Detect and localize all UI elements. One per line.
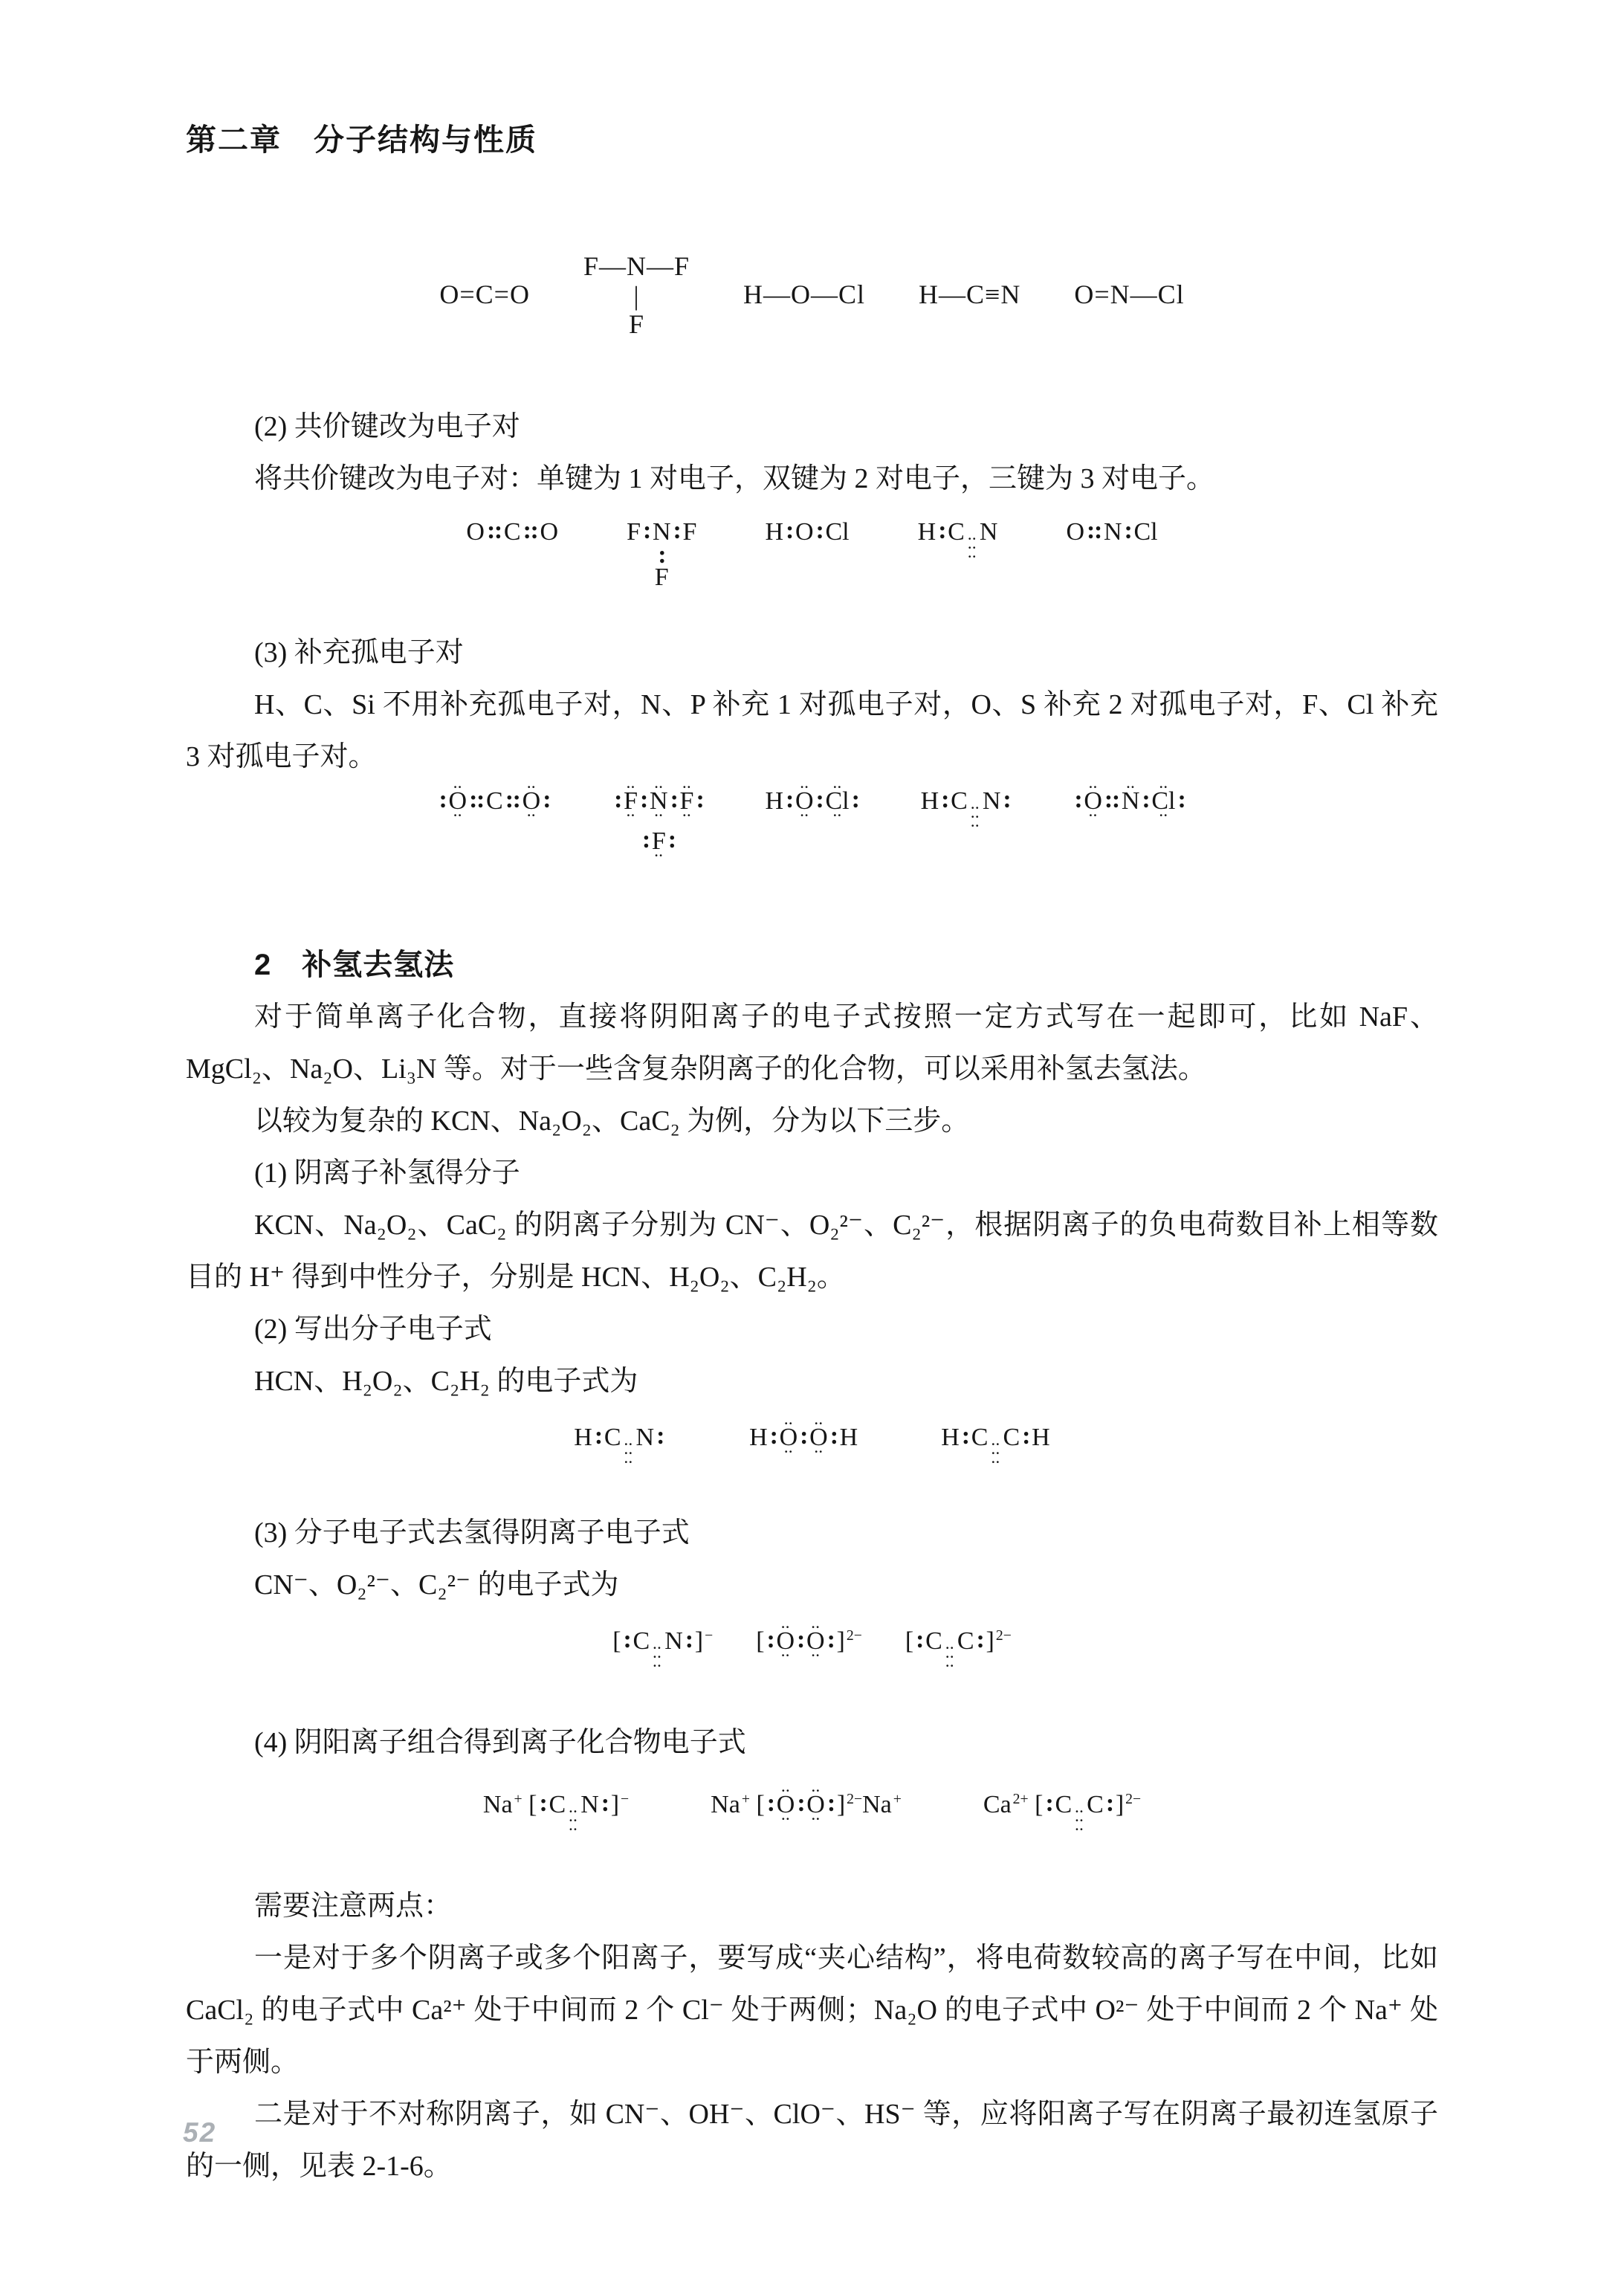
atom-glyph: : xyxy=(673,517,681,544)
bond-dots: : xyxy=(1125,517,1132,545)
anion-formula-c22: [:C······C:]2− xyxy=(905,1627,1012,1670)
atom-symbol: C xyxy=(957,1627,974,1656)
atom-symbol: — xyxy=(1130,279,1158,310)
bond-dots: : xyxy=(827,1626,835,1654)
page-content: 第二章 分子结构与性质 O=C=O F—N—F|F H—O—Cl H—C≡N O… xyxy=(186,0,1438,2192)
atom-glyph: : xyxy=(962,1422,969,1450)
triple-bond-dots: ······ xyxy=(624,1440,633,1467)
formula-stack: Na+ [:C······N:]− xyxy=(483,1791,629,1834)
formula-stack: [:O····:O····:]2− xyxy=(756,1627,862,1656)
atom-glyph: O xyxy=(791,280,811,309)
lone-pair-dots-top: ·· xyxy=(784,1417,793,1430)
atom-symbol: Na xyxy=(711,1791,740,1819)
lone-pair-dots-top: ·· xyxy=(781,1621,790,1633)
heading-step-3-remove-h: (3) 分子电子式去氢得阴离子电子式 xyxy=(186,1507,1438,1559)
molecular-formula-row: H:C······N: H:O····:O····:H H:C······C:H xyxy=(186,1424,1438,1477)
bond-dots: :: xyxy=(1104,786,1119,814)
ionic-compound-formula-row: Na+ [:C······N:]− Na+ [:O····:O····:]2−N… xyxy=(186,1791,1438,1844)
atom-glyph: ] xyxy=(986,1627,994,1655)
bond-dots: :: xyxy=(1087,517,1101,545)
bond-dots: : xyxy=(1178,786,1185,814)
atom-symbol: H xyxy=(765,787,783,816)
atom-glyph xyxy=(750,1791,757,1818)
atom-symbol: [ xyxy=(905,1627,913,1656)
formula-stack: Ca2+ [:C······C:]2− xyxy=(983,1791,1141,1834)
atom-glyph: O xyxy=(466,518,485,546)
atom-glyph: : xyxy=(830,1422,838,1450)
atom-glyph: | xyxy=(633,281,639,311)
lone-pair-dots-top: ·· xyxy=(1159,781,1168,793)
atom-glyph: : xyxy=(670,786,678,813)
atom-glyph: ] xyxy=(837,1791,845,1818)
atom-symbol: C xyxy=(604,1424,621,1452)
formula-main-row: [:C······C:]2− xyxy=(905,1627,1012,1670)
atom-symbol: O xyxy=(510,279,530,310)
atom-symbol: ] xyxy=(611,1791,619,1819)
atom-symbol: O xyxy=(540,518,559,546)
atom-symbol: H xyxy=(941,1424,960,1452)
formula-main-row: H—C≡N xyxy=(919,279,1020,310)
bond-dots: : xyxy=(1074,786,1081,814)
atom-symbol: Ca xyxy=(983,1791,1012,1819)
lone-pair-dots-bottom: ·· xyxy=(627,809,635,821)
lewis-formula-nf3: :F····:N····:F····::F··: xyxy=(612,787,705,856)
bond-dots: : xyxy=(656,1422,664,1450)
atom-glyph: : xyxy=(439,786,447,813)
atom-glyph: H xyxy=(840,1424,858,1451)
atom-symbol: F xyxy=(583,251,599,282)
atom-glyph: : xyxy=(656,1422,664,1450)
atom-glyph: C xyxy=(476,280,494,309)
formula-main-row: H:O:Cl xyxy=(765,518,849,546)
atom-symbol: — xyxy=(939,279,966,310)
atom-symbol: C xyxy=(951,787,968,816)
full-lewis-formula-row: :O····::C::O····: :F····:N····:F····::F·… xyxy=(186,787,1438,885)
bond-dots: : xyxy=(797,1789,804,1818)
atom-glyph: : xyxy=(601,1789,609,1817)
atom-glyph: C xyxy=(957,1627,974,1655)
atom-glyph: : xyxy=(1125,517,1132,544)
triple-bond-dots: ······ xyxy=(968,535,977,561)
bond-dots: : xyxy=(786,517,793,545)
structural-formula-co2: O=C=O xyxy=(439,279,530,310)
atom-glyph: : xyxy=(797,1626,804,1653)
para-molecular-intro: HCN、H₂O₂、C₂H₂ 的电子式为 xyxy=(186,1355,1438,1407)
atom-glyph: O xyxy=(1074,280,1094,309)
structural-formula-nf3: F—N—F|F xyxy=(583,251,690,338)
atom-glyph: H xyxy=(574,1424,592,1451)
atom-glyph: H xyxy=(765,787,783,815)
atom-glyph: : xyxy=(938,517,945,544)
atom-symbol: — xyxy=(811,279,838,310)
atom-symbol: O···· xyxy=(809,1424,828,1452)
atom-symbol: O···· xyxy=(1084,787,1102,816)
atom-symbol: [ xyxy=(1035,1791,1043,1819)
atom-glyph: : xyxy=(543,786,550,813)
formula-main-row: H:C······C:H xyxy=(941,1424,1049,1467)
atom-glyph: : xyxy=(816,517,824,544)
atom-symbol: C xyxy=(925,1627,942,1656)
atom-glyph: — xyxy=(763,280,791,309)
atom-symbol: O···· xyxy=(806,1791,825,1819)
atom-symbol: N xyxy=(983,787,1001,816)
para-note-two: 二是对于不对称阴离子，如 CN⁻、OH⁻、ClO⁻、HS⁻ 等，应将阳离子写在阴… xyxy=(186,2088,1438,2192)
atom-glyph: : xyxy=(977,1626,984,1653)
atom-symbol: F xyxy=(683,518,697,546)
atom-symbol: O xyxy=(791,279,811,310)
atom-symbol: O···· xyxy=(523,787,541,816)
atom-glyph: C xyxy=(549,1791,566,1818)
atom-symbol: H xyxy=(840,1424,858,1452)
lone-pair-dots-top: ·· xyxy=(627,781,635,793)
bond-dots: : xyxy=(624,1626,631,1654)
charge-superscript: 2+ xyxy=(1013,1791,1029,1807)
bond-dots: : xyxy=(1003,786,1010,814)
bond-dots: : xyxy=(595,1422,602,1450)
formula-stack: O=N—Cl xyxy=(1074,279,1184,310)
atom-glyph: Cl xyxy=(826,518,850,546)
charge-superscript: − xyxy=(621,1791,629,1807)
atom-glyph: : xyxy=(685,1626,693,1653)
atom-glyph: N xyxy=(1000,280,1020,309)
formula-main-row: [:C······N:]− xyxy=(612,1627,713,1670)
bond-dots: : xyxy=(543,786,550,814)
dot-formula-co2: O::C::O xyxy=(466,518,558,546)
atom-glyph: C xyxy=(633,1627,650,1655)
atom-symbol: H xyxy=(765,518,783,546)
formula-below-row: F xyxy=(583,310,690,338)
atom-glyph: C xyxy=(486,787,503,815)
charge-superscript: 2− xyxy=(1125,1791,1141,1807)
formula-main-row: H:O····:Cl····: xyxy=(765,787,861,816)
charge-superscript: 2− xyxy=(996,1627,1012,1644)
atom-glyph: H xyxy=(743,280,763,309)
lone-pair-dots-bottom: ·· xyxy=(1159,809,1168,821)
atom-symbol: N·· xyxy=(1122,787,1140,816)
atom-symbol: Na xyxy=(483,1791,513,1819)
atom-glyph: : xyxy=(770,1422,777,1450)
triple-bond-dots: ······ xyxy=(569,1807,578,1834)
atom-glyph: [ xyxy=(756,1627,764,1655)
atom-glyph: Cl xyxy=(1158,280,1185,309)
bond-dots: : xyxy=(977,1626,984,1654)
atom-glyph: O xyxy=(540,518,559,546)
formula-stack: H:C······N: xyxy=(574,1424,666,1467)
lone-pair-dots-bottom: ·· xyxy=(781,1649,790,1662)
atom-symbol: = xyxy=(494,279,510,310)
atom-glyph: :: xyxy=(469,786,484,813)
anion-formula-cn: [:C······N:]− xyxy=(612,1627,713,1670)
atom-glyph xyxy=(1029,1791,1035,1818)
triple-bond-dots: ······ xyxy=(1075,1807,1084,1834)
bond-dots: : xyxy=(767,1626,774,1654)
atom-glyph: C xyxy=(951,787,968,815)
atom-symbol: F xyxy=(655,567,669,588)
bond-dots: : xyxy=(640,786,647,814)
atom-glyph: = xyxy=(1094,280,1110,309)
formula-main-row: O=N—Cl xyxy=(1074,279,1184,310)
atom-glyph: F xyxy=(674,251,690,281)
atom-glyph: [ xyxy=(756,1791,764,1818)
atom-glyph: H xyxy=(749,1424,768,1451)
lone-pair-dots-top: ·· xyxy=(1089,781,1098,793)
bond-dots: : xyxy=(770,1422,777,1450)
formula-stack: H:O:Cl xyxy=(765,518,849,546)
atom-glyph: — xyxy=(1130,280,1158,309)
atom-glyph: : xyxy=(1178,786,1185,813)
bond-dots: : xyxy=(540,1789,547,1818)
bond-dots: : xyxy=(658,545,665,566)
atom-glyph: [ xyxy=(528,1791,537,1818)
formula-below-row: :F··: xyxy=(612,827,705,856)
lone-pair-dots-bottom: ·· xyxy=(453,809,462,821)
atom-symbol: Cl xyxy=(838,279,865,310)
atom-symbol: F·· xyxy=(652,827,666,856)
atom-glyph: C xyxy=(971,1424,989,1451)
bond-dots: : xyxy=(1106,1789,1113,1818)
atom-glyph: ≡ xyxy=(985,280,1000,309)
atom-glyph: : xyxy=(816,786,824,813)
atom-glyph: : xyxy=(941,786,948,813)
atom-symbol: O xyxy=(1066,518,1084,546)
atom-glyph: F xyxy=(683,518,697,546)
formula-main-row: O::C::O xyxy=(466,518,558,546)
atom-glyph: : xyxy=(800,1422,807,1450)
chapter-header: 第二章 分子结构与性质 xyxy=(186,121,1438,158)
bond-dots: : xyxy=(830,1422,838,1450)
anion-formula-o22: [:O····:O····:]2− xyxy=(756,1627,862,1656)
atom-glyph: N xyxy=(627,251,647,281)
atom-glyph: : xyxy=(1074,786,1081,813)
atom-symbol: C xyxy=(1003,1424,1020,1452)
bond-dots: : xyxy=(670,786,678,814)
atom-symbol: O···· xyxy=(776,1627,795,1656)
formula-main-row: H—O—Cl xyxy=(743,279,865,310)
formula-main-row: :F····:N····:F····: xyxy=(612,787,705,816)
atom-glyph: C xyxy=(1087,1791,1104,1818)
atom-glyph: — xyxy=(939,280,966,309)
formula-stack: F—N—F|F xyxy=(583,251,690,338)
atom-symbol: | xyxy=(633,282,639,310)
atom-glyph: F xyxy=(629,309,644,339)
lone-pair-dots-top: ·· xyxy=(453,781,462,793)
lone-pair-dots-top: ·· xyxy=(527,781,536,793)
atom-symbol: O xyxy=(466,518,485,546)
charge-superscript: + xyxy=(742,1791,750,1807)
bond-dot-pair: ·· xyxy=(991,1458,1000,1467)
atom-symbol: N···· xyxy=(650,787,668,816)
atom-glyph: C xyxy=(948,518,965,546)
charge-superscript: + xyxy=(514,1791,523,1807)
lone-pair-dots-bottom: ·· xyxy=(812,1812,821,1825)
para-anion-formula-intro: CN⁻、O₂²⁻、C₂²⁻ 的电子式为 xyxy=(186,1559,1438,1611)
atom-glyph: Na xyxy=(483,1791,513,1818)
atom-glyph: :: xyxy=(505,786,520,813)
atom-symbol: — xyxy=(763,279,791,310)
atom-symbol: H xyxy=(918,518,936,546)
bond-dots: : xyxy=(816,517,824,545)
atom-glyph: Cl xyxy=(1133,518,1157,546)
atom-symbol: [ xyxy=(612,1627,621,1656)
triple-bond-dots: ······ xyxy=(945,1644,954,1670)
heading-step-4-combine: (4) 阴阳离子组合得到离子化合物电子式 xyxy=(186,1717,1438,1769)
lone-pair-dots-top: ·· xyxy=(814,1417,823,1430)
lone-pair-dots-bottom: ·· xyxy=(654,849,663,862)
para-note-one: 一是对于多个阴离子或多个阳离子，要写成“夹心结构”，将电荷数较高的离子写在中间，… xyxy=(186,1932,1438,2088)
formula-main-row: Na+ [:C······N:]− xyxy=(483,1791,629,1834)
atom-glyph: C xyxy=(1055,1791,1072,1818)
atom-glyph: : xyxy=(1142,786,1149,813)
lone-pair-dots-top: ·· xyxy=(811,1621,820,1633)
bond-dot-formula-row: O::C::O F:N:F:F H:O:Cl H:C······N O::N:C… xyxy=(186,518,1438,606)
atom-glyph: F xyxy=(583,251,599,281)
atom-symbol: — xyxy=(647,251,674,282)
atom-glyph: : xyxy=(767,1789,774,1817)
atom-symbol: [ xyxy=(528,1791,537,1819)
atom-glyph: : xyxy=(767,1626,774,1653)
formula-main-row: F—N—F xyxy=(583,251,690,282)
atom-glyph: H xyxy=(921,787,939,815)
structural-formula-row: O=C=O F—N—F|F H—O—Cl H—C≡N O=N—Cl xyxy=(186,239,1438,350)
bond-dots: : xyxy=(643,517,650,545)
atom-symbol: C xyxy=(549,1791,566,1819)
bond-dot-pair: ·· xyxy=(624,1458,633,1467)
atom-symbol: F···· xyxy=(680,787,694,816)
formula-stack: O=C=O xyxy=(439,279,530,310)
structural-formula-hcn: H—C≡N xyxy=(919,279,1020,310)
atom-glyph: N xyxy=(980,518,998,546)
atom-symbol: Na xyxy=(862,1791,892,1819)
atom-glyph: ] xyxy=(837,1627,845,1655)
bond-dots: :: xyxy=(469,786,484,814)
formula-stack: :F····:N····:F····::F··: xyxy=(612,787,705,856)
atom-glyph: : xyxy=(786,517,793,544)
atom-symbol: [ xyxy=(756,1791,764,1819)
atom-glyph: N xyxy=(983,787,1001,815)
lone-pair-dots-bottom: ·· xyxy=(811,1649,820,1662)
charge-superscript: 2− xyxy=(847,1791,862,1807)
bond-dots: : xyxy=(1045,1789,1052,1818)
formula-stack: H:C······C:H xyxy=(941,1424,1049,1467)
atom-symbol: = xyxy=(459,279,475,310)
atom-symbol: F xyxy=(674,251,690,282)
bond-dot-pair: ·· xyxy=(945,1662,954,1670)
bond-dots: :: xyxy=(505,786,520,814)
atom-glyph: : xyxy=(1003,786,1010,813)
atom-glyph: ] xyxy=(1116,1791,1124,1818)
atom-symbol xyxy=(1029,1791,1035,1819)
para-lone-pairs: H、C、Si 不用补充孤电子对，N、P 补充 1 对孤电子对，O、S 补充 2 … xyxy=(186,679,1438,783)
bond-dot-pair: ·· xyxy=(971,821,980,830)
bond-dot-pair: ·· xyxy=(968,552,977,561)
atom-glyph: N xyxy=(580,1791,599,1818)
formula-stack: :O····::C::O····: xyxy=(437,787,553,816)
formula-stack: O::C::O xyxy=(466,518,558,546)
atom-symbol: C xyxy=(504,518,521,546)
formula-main-row: H:O····:O····:H xyxy=(749,1424,858,1452)
bond-dots: : xyxy=(941,786,948,814)
atom-glyph: Cl xyxy=(838,280,865,309)
lone-pair-dots-top: ·· xyxy=(812,1784,821,1797)
formula-stack: [:C······C:]2− xyxy=(905,1627,1012,1670)
atom-glyph: Na xyxy=(862,1791,892,1818)
para-covalent-to-pairs: 将共价键改为电子对：单键为 1 对电子，双键为 2 对电子，三键为 3 对电子。 xyxy=(186,453,1438,505)
bond-dots: : xyxy=(1022,1422,1029,1450)
triple-bond-dots: ······ xyxy=(653,1644,661,1670)
atom-glyph: :: xyxy=(1104,786,1119,813)
formula-stack: H:C······N: xyxy=(921,787,1013,830)
atom-symbol: Cl···· xyxy=(826,787,850,816)
atom-glyph: : xyxy=(786,786,793,813)
para-simple-ionic: 对于简单离子化合物，直接将阴阳离子的电子式按照一定方式写在一起即可，比如 NaF… xyxy=(186,991,1438,1095)
lone-pair-dots-bottom: ·· xyxy=(800,809,809,821)
atom-symbol: O···· xyxy=(449,787,468,816)
atom-glyph: O xyxy=(510,280,530,309)
atom-symbol: N xyxy=(1110,279,1130,310)
heading-step-1-add-h: (1) 阴离子补氢得分子 xyxy=(186,1147,1438,1199)
atom-symbol: C xyxy=(971,1424,989,1452)
lone-pair-dots-bottom: ·· xyxy=(781,1812,790,1825)
atom-glyph: [ xyxy=(1035,1791,1043,1818)
atom-glyph: [ xyxy=(905,1627,913,1655)
atom-glyph: : xyxy=(624,1626,631,1653)
atom-symbol: H xyxy=(919,279,939,310)
dot-formula-hocl: H:O:Cl xyxy=(765,518,849,546)
bond-dots: : xyxy=(852,786,859,814)
atom-glyph: N xyxy=(664,1627,683,1655)
anion-formula-row: [:C······N:]− [:O····:O····:]2− [:C·····… xyxy=(186,1627,1438,1681)
atom-glyph: N xyxy=(636,1424,655,1451)
atom-symbol xyxy=(750,1791,757,1819)
atom-glyph: C xyxy=(604,1424,621,1451)
atom-glyph: O xyxy=(439,280,459,309)
triple-bond-dots: ······ xyxy=(971,804,980,830)
formula-main-row: Ca2+ [:C······C:]2− xyxy=(983,1791,1141,1834)
atom-symbol: O···· xyxy=(795,787,814,816)
atom-glyph: : xyxy=(540,1789,547,1817)
atom-symbol: ] xyxy=(986,1627,994,1656)
bond-dots: : xyxy=(800,1422,807,1450)
atom-symbol: Cl xyxy=(1158,279,1185,310)
lone-pair-dots-bottom: ·· xyxy=(814,1445,823,1458)
atom-symbol: Cl xyxy=(1133,518,1157,546)
page-number: 52 xyxy=(183,2117,216,2148)
bond-dot-pair: ·· xyxy=(1075,1825,1084,1834)
lone-pair-dots-top: ·· xyxy=(1126,781,1135,793)
atom-glyph: : xyxy=(827,1626,835,1653)
formula-main-row: H:C······N: xyxy=(921,787,1013,830)
atom-symbol: H xyxy=(1032,1424,1050,1452)
atom-glyph: H xyxy=(919,280,939,309)
atom-symbol: C xyxy=(948,518,965,546)
atom-glyph: C xyxy=(504,518,521,546)
ionic-formula-na2o2: Na+ [:O····:O····:]2−Na+ xyxy=(711,1791,902,1819)
triple-bond-dots: ······ xyxy=(991,1440,1000,1467)
atom-glyph: F xyxy=(627,518,641,546)
atom-symbol: Cl···· xyxy=(1151,787,1175,816)
atom-symbol: H xyxy=(574,1424,592,1452)
formula-stack: Na+ [:O····:O····:]2−Na+ xyxy=(711,1791,902,1819)
lone-pair-dots-top: ·· xyxy=(800,781,809,793)
atom-symbol: H xyxy=(743,279,763,310)
atom-symbol: O···· xyxy=(780,1424,798,1452)
lone-pair-dots-bottom: ·· xyxy=(1089,809,1098,821)
bond-dots: : xyxy=(601,1789,609,1818)
atom-glyph: N xyxy=(1104,518,1122,546)
section-2-heading: 2 补氢去氢法 xyxy=(186,939,1438,991)
lone-pair-dots-top: ·· xyxy=(682,781,691,793)
atom-glyph: — xyxy=(647,251,674,281)
